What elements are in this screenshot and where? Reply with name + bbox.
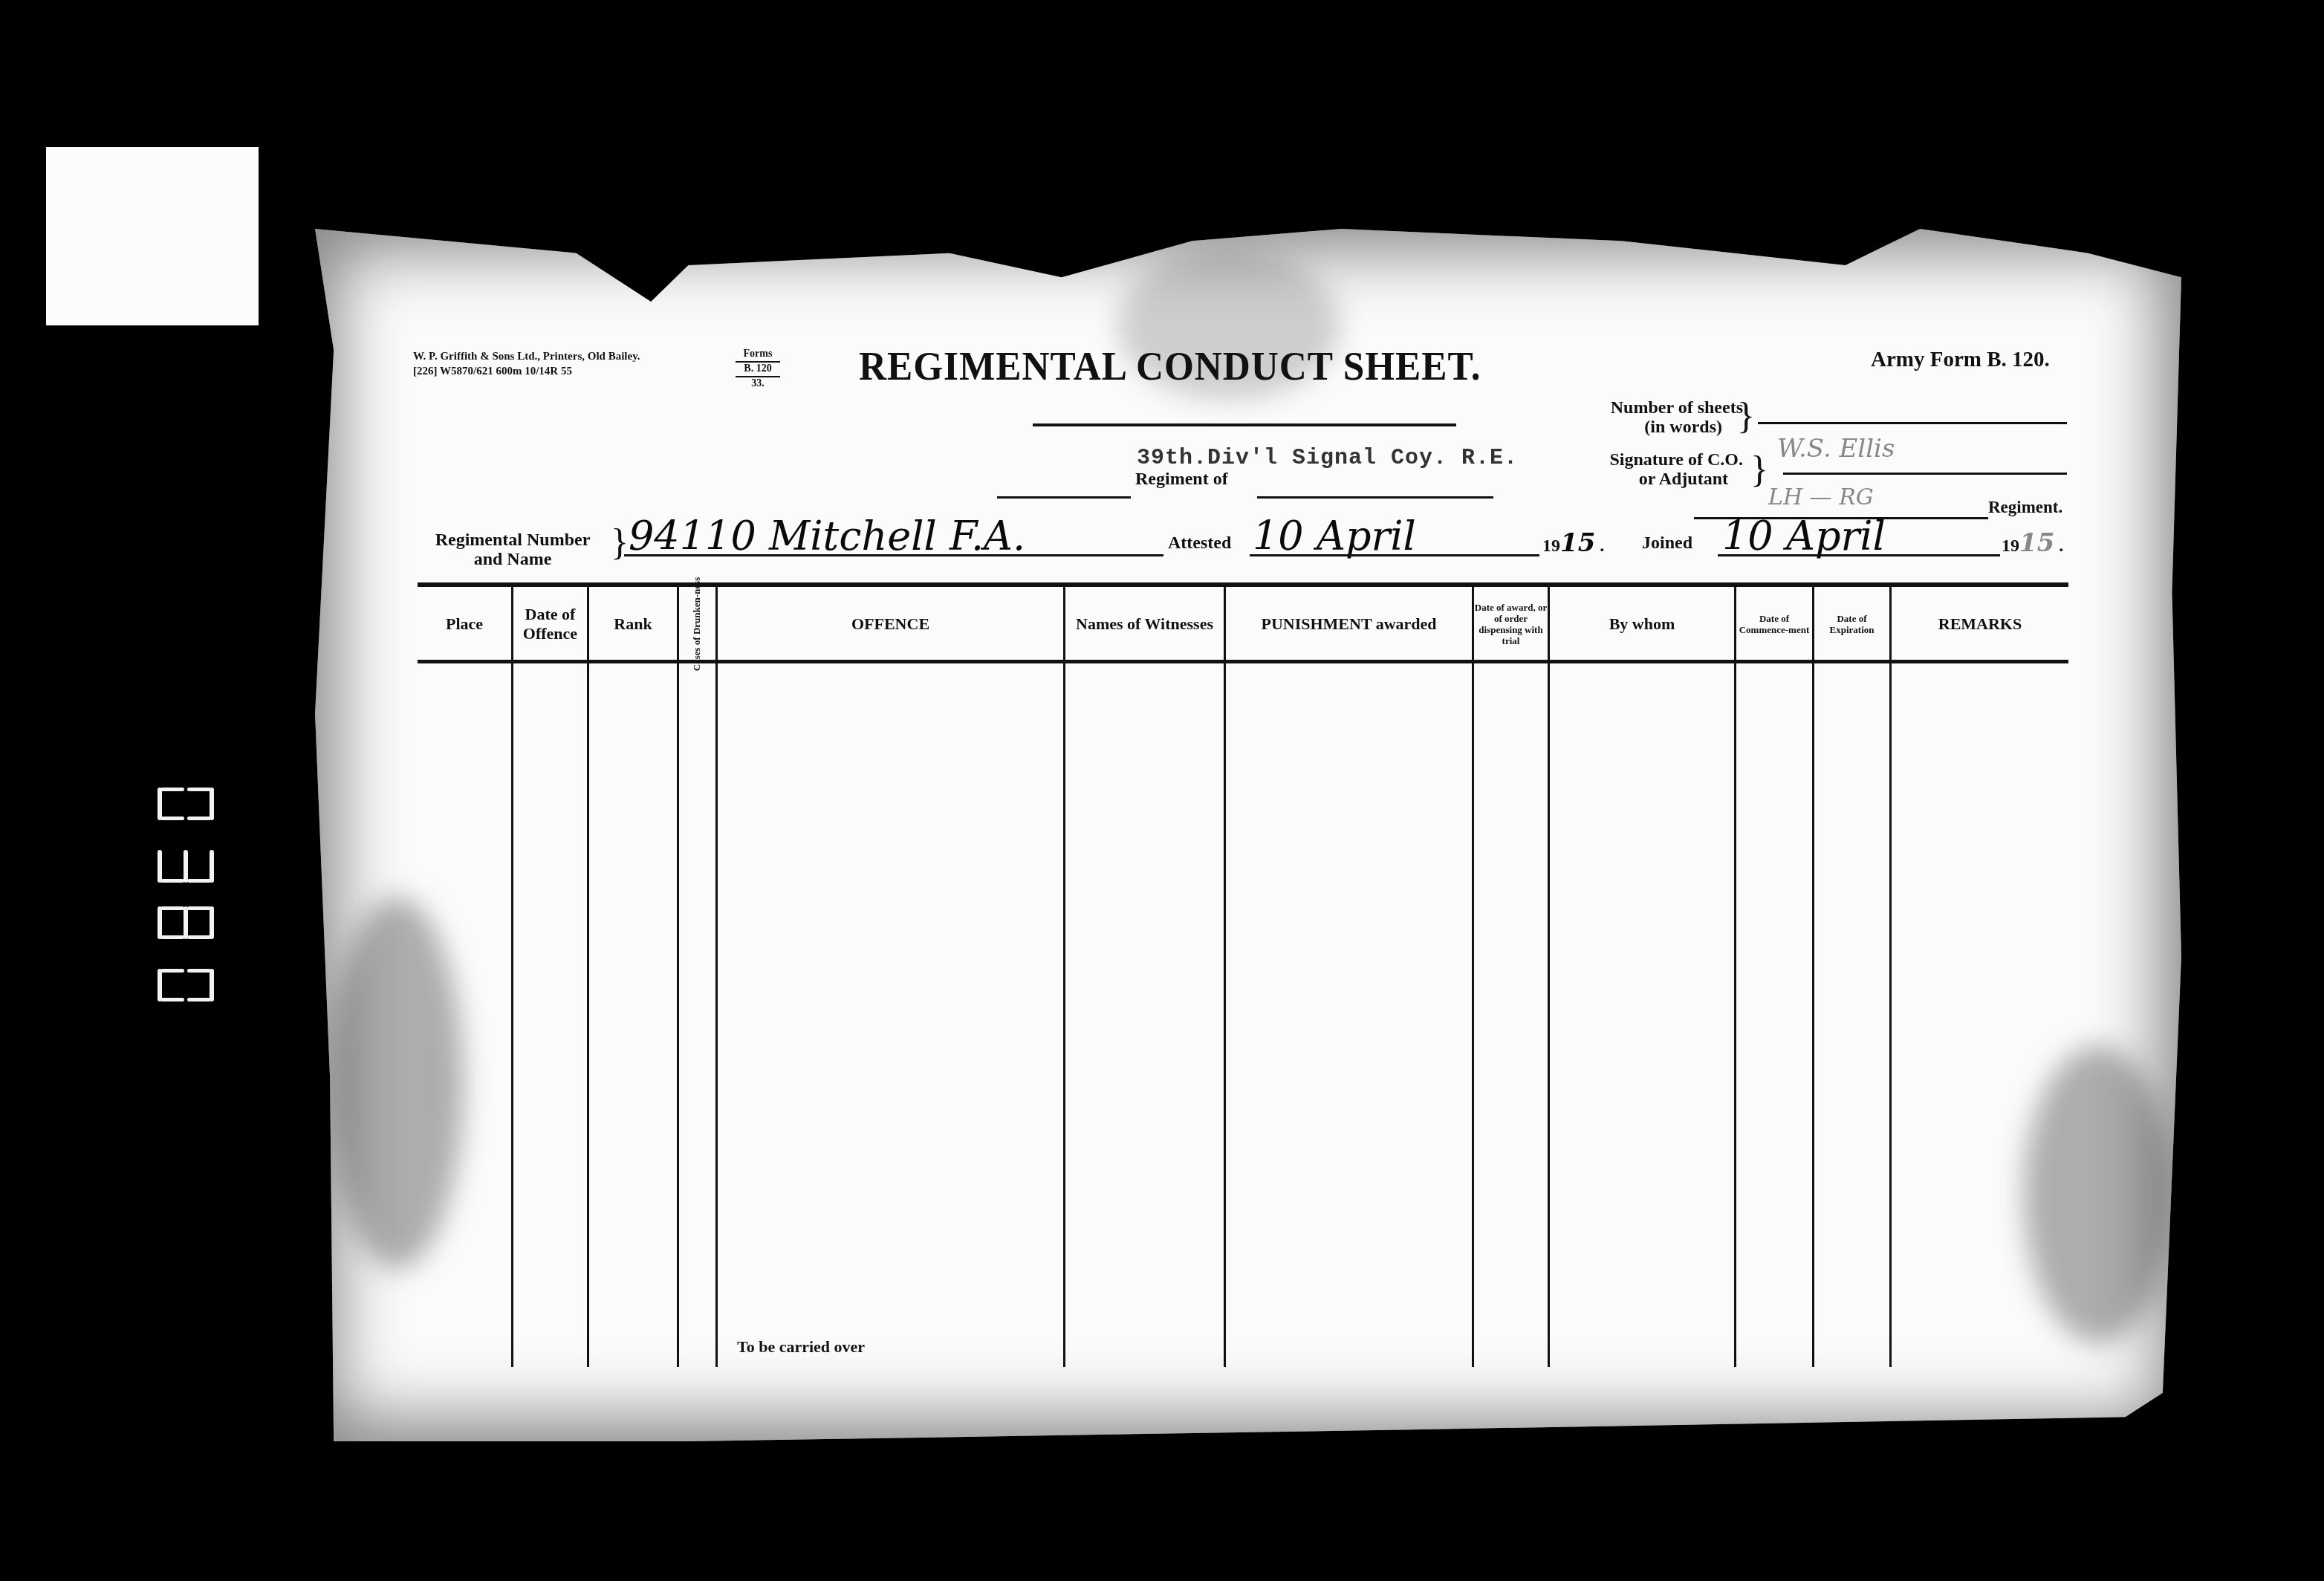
frame-digit-8 [158, 906, 214, 939]
column-divider [677, 587, 679, 1367]
regiment-suffix: Regiment. [1988, 498, 2062, 517]
attested-field[interactable] [1250, 554, 1539, 556]
number-of-sheets-field[interactable] [1758, 422, 2067, 424]
column-divider [1812, 587, 1814, 1367]
signature-annotation: LH — RG [1768, 484, 1874, 510]
regiment-field-right[interactable] [1257, 496, 1493, 499]
reg-number-label: Regimental Number and Name [413, 530, 612, 569]
joined-year: 1915 . [2002, 533, 2063, 556]
top-rule [1033, 423, 1456, 426]
column-divider [715, 587, 718, 1367]
column-header-date-of-commencement: Date of Commence-ment [1736, 587, 1812, 661]
printer-line-1: W. P. Griffith & Sons Ltd., Printers, Ol… [413, 349, 640, 364]
frame-digit-0 [158, 788, 214, 820]
calibration-card [46, 147, 259, 325]
regiment-of-label: Regiment of [1135, 470, 1228, 489]
regiment-field-left[interactable] [997, 496, 1131, 499]
column-header-date-of-expiration: Date of Expiration [1814, 587, 1889, 661]
column-divider [1472, 587, 1474, 1367]
column-header-date-of-offence: Date of Offence [513, 587, 587, 661]
signature-field[interactable] [1783, 473, 2067, 475]
column-header-by-whom: By whom [1550, 587, 1734, 661]
forms-sub: 33. [736, 377, 780, 391]
frame-number [158, 788, 217, 1010]
number-of-sheets-label: Number of sheets (in words) [1568, 398, 1743, 437]
attested-label: Attested [1168, 533, 1231, 553]
column-header-remarks: REMARKS [1892, 587, 2068, 661]
regiment-stamp: 39th.Div'l Signal Coy. R.E. [1137, 446, 1518, 471]
column-header-punishment: PUNISHMENT awarded [1226, 587, 1472, 661]
attested-value: 10 April [1253, 513, 1416, 559]
column-divider [587, 587, 589, 1367]
column-header-offence: OFFENCE [718, 587, 1063, 661]
page-title: REGIMENTAL CONDUCT SHEET. [859, 343, 1481, 389]
forms-reference: Forms B. 120 33. [736, 348, 780, 391]
forms-number: B. 120 [736, 361, 780, 377]
army-form-number: Army Form B. 120. [1871, 348, 2050, 372]
column-header-date-of-award: Date of award, or of order dispensing wi… [1474, 587, 1548, 661]
column-divider [1734, 587, 1736, 1367]
signature-label: Signature of C.O. or Adjutant [1568, 450, 1743, 489]
column-divider [1224, 587, 1226, 1367]
printer-line-2: [226] W5870/621 600m 10/14R 55 [413, 364, 640, 379]
joined-field[interactable] [1718, 554, 2000, 556]
joined-label: Joined [1642, 533, 1692, 553]
column-divider [1548, 587, 1550, 1367]
attested-year: 1915 . [1542, 533, 1604, 556]
printer-imprint: W. P. Griffith & Sons Ltd., Printers, Ol… [413, 349, 640, 379]
reg-number-name-value: 94110 Mitchell F.A. [629, 513, 1025, 559]
frame-digit-3 [158, 850, 214, 883]
frame-digit-0b [158, 969, 214, 1001]
carried-over-note: To be carried over [737, 1337, 865, 1357]
conduct-sheet-paper [315, 229, 2181, 1441]
forms-label: Forms [736, 348, 780, 361]
column-header-drunkenness: Cases of Drunken-ness [679, 587, 715, 661]
signature-handwriting: W.S. Ellis [1777, 434, 1895, 464]
column-divider [511, 587, 513, 1367]
joined-value: 10 April [1722, 513, 1886, 559]
column-divider [1063, 587, 1065, 1367]
column-header-witnesses: Names of Witnesses [1065, 587, 1224, 661]
brace-icon: } [1750, 450, 1768, 487]
reg-number-field[interactable] [624, 554, 1163, 556]
column-header-rank: Rank [589, 587, 677, 661]
column-divider [1889, 587, 1892, 1367]
column-header-place: Place [418, 587, 511, 661]
brace-icon: } [1737, 397, 1755, 434]
